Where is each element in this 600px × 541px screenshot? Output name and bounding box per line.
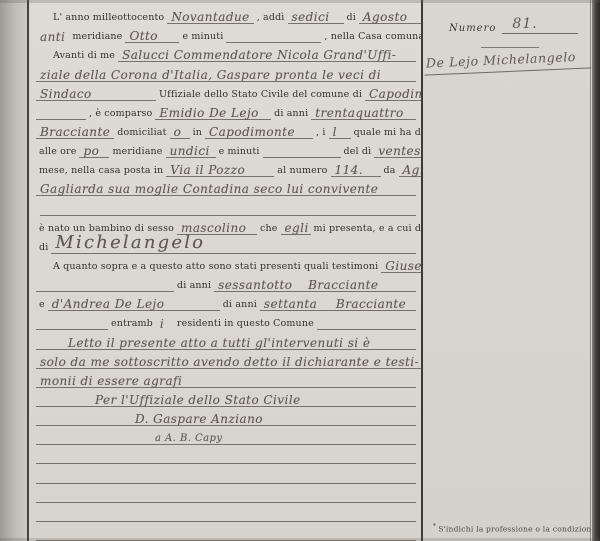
form-line: Gagliarda sua moglie Contadina seco lui … xyxy=(34,177,418,196)
printed-text: mese, nella casa posta in xyxy=(36,166,166,177)
numero-underline-flourish xyxy=(481,47,539,48)
handwritten-text: Via il Pozzo xyxy=(166,164,274,177)
handwritten-text: Emidio De Lejo xyxy=(155,107,271,120)
form-line: mese, nella casa posta inVia il Pozzoal … xyxy=(34,158,418,177)
ruled-blank-line xyxy=(36,100,86,120)
form-line xyxy=(34,503,418,522)
printed-text: residenti in questo Comune xyxy=(174,319,317,330)
right-page-edge xyxy=(592,0,600,541)
form-line: a A. B. Capy xyxy=(34,426,418,445)
document-scan: L' anno milleottocentoNovantadue, addìse… xyxy=(0,0,600,541)
printed-text: Avanti di me xyxy=(50,51,118,62)
handwritten-text: Otto xyxy=(125,30,179,43)
handwritten-text: Letto il presente atto a tutti gl'interv… xyxy=(64,337,416,350)
printed-text: al numero xyxy=(274,166,330,177)
form-line: di annisessantottoBracciante xyxy=(34,273,418,292)
form-line xyxy=(34,484,418,503)
handwritten-text: Agosto xyxy=(359,11,425,24)
handwritten-text: anti xyxy=(36,31,69,43)
form-line: monii di essere agrafi xyxy=(34,369,418,388)
form-line: antimeridianeOttoe minuti, nella Casa co… xyxy=(34,24,418,43)
form-line xyxy=(34,445,418,464)
ruled-blank-line xyxy=(226,23,321,43)
ruled-blank-line xyxy=(263,138,341,158)
ruled-blank-line xyxy=(36,502,416,522)
ruled-blank-line xyxy=(40,195,416,215)
handwritten-text: Bracciante xyxy=(36,126,114,139)
footnote: *S'indichi la professione o la condizion… xyxy=(433,523,596,534)
handwritten-text: o xyxy=(170,126,190,139)
margin-annotation-child-name: De Lejo Michelangelo xyxy=(424,48,592,75)
handwritten-text: trentaquattro xyxy=(311,107,416,120)
printed-text: di anni xyxy=(220,300,260,311)
form-line: ed'Andrea De Lejodi annisettantaBraccian… xyxy=(34,292,418,311)
printed-text: e minuti xyxy=(216,147,263,158)
ruled-blank-line xyxy=(186,368,416,388)
ruled-blank-line xyxy=(305,387,416,407)
printed-text: alle ore xyxy=(36,147,79,158)
printed-text: di xyxy=(36,243,51,254)
top-edge-shadow xyxy=(0,0,600,3)
form-line: alle orepomeridianeundicie minutidel dìv… xyxy=(34,139,418,158)
handwritten-text: Michelangelo xyxy=(51,234,416,254)
numero-label: Numero xyxy=(449,23,502,34)
birth-record-form: L' anno milleottocentoNovantadue, addìse… xyxy=(31,0,421,541)
printed-text: L' anno milleottocento xyxy=(50,13,167,24)
ruled-blank-line xyxy=(36,483,416,503)
form-line: solo da me sottoscritto avendo detto il … xyxy=(34,350,418,369)
ruled-blank-line xyxy=(36,329,64,349)
margin-column: Numero 81. De Lejo Michelangelo *S'indic… xyxy=(423,0,591,541)
ruled-blank-line xyxy=(317,310,416,330)
ruled-blank-line xyxy=(36,425,151,445)
printed-text: in xyxy=(190,128,205,139)
handwritten-text: po xyxy=(79,145,109,158)
printed-text: di anni xyxy=(271,109,311,120)
handwritten-text: Bracciante xyxy=(304,279,416,292)
printed-text: di xyxy=(344,13,359,24)
form-line: Letto il presente atto a tutti gl'interv… xyxy=(34,330,418,349)
printed-text: da xyxy=(381,166,399,177)
handwritten-text: sessantotto xyxy=(214,279,304,292)
printed-text: domiciliat xyxy=(114,128,169,139)
form-line xyxy=(34,196,418,215)
form-line: , è comparsoEmidio De Lejodi annitrentaq… xyxy=(34,101,418,120)
printed-text: , è comparso xyxy=(86,109,155,120)
handwritten-text: Salucci Commendatore Nicola Grand'Uffi- xyxy=(118,49,416,62)
ruled-blank-line xyxy=(267,406,416,426)
handwritten-text: 114. xyxy=(331,164,381,177)
form-line: L' anno milleottocentoNovantadue, addìse… xyxy=(34,5,418,24)
form-line xyxy=(34,464,418,483)
ruled-blank-line xyxy=(36,272,174,292)
form-line: entrambiresidenti in questo Comune xyxy=(34,311,418,330)
ruled-blank-line xyxy=(36,444,416,464)
printed-text: meridiane xyxy=(69,32,125,43)
form-line: BracciantedomiciliatoinCapodimonte, ilqu… xyxy=(34,120,418,139)
printed-text: entramb xyxy=(108,319,156,330)
form-line: SindacoUffiziale dello Stato Civile del … xyxy=(34,82,418,101)
form-line: Per l'Uffiziale dello Stato Civile xyxy=(34,388,418,407)
printed-text: Uffiziale dello Stato Civile del comune … xyxy=(156,90,365,101)
record-number-row: Numero 81. xyxy=(449,16,578,34)
left-binding-margin xyxy=(0,0,29,541)
ruled-blank-line xyxy=(104,81,156,101)
handwritten-text: i xyxy=(156,318,174,330)
printed-text: meridiane xyxy=(109,147,165,158)
form-line: diMichelangelo xyxy=(34,235,418,254)
printed-text: e minuti xyxy=(179,32,226,43)
form-line: D. Gaspare Anziano xyxy=(34,407,418,426)
form-line: A quanto sopra e a questo atto sono stat… xyxy=(34,254,418,273)
ruled-blank-line xyxy=(36,463,416,483)
printed-text: del dì xyxy=(341,147,375,158)
ruled-blank-line xyxy=(227,425,417,445)
form-line: ziale della Corona d'Italia, Gaspare pro… xyxy=(34,62,418,81)
footnote-text: S'indichi la professione o la condizione xyxy=(438,525,596,534)
handwritten-text: undici xyxy=(166,145,216,158)
numero-value: 81. xyxy=(502,16,578,34)
ruled-blank-line xyxy=(36,310,108,330)
ruled-blank-line xyxy=(36,387,91,407)
form-line: Avanti di meSalucci Commendatore Nicola … xyxy=(34,43,418,62)
ruled-blank-line xyxy=(178,291,220,311)
form-lines: L' anno milleottocentoNovantadue, addìse… xyxy=(34,5,418,541)
ruled-blank-line xyxy=(36,406,131,426)
handwritten-text: ziale della Corona d'Italia, Gaspare pro… xyxy=(36,69,416,82)
handwritten-text: egli xyxy=(281,222,311,235)
